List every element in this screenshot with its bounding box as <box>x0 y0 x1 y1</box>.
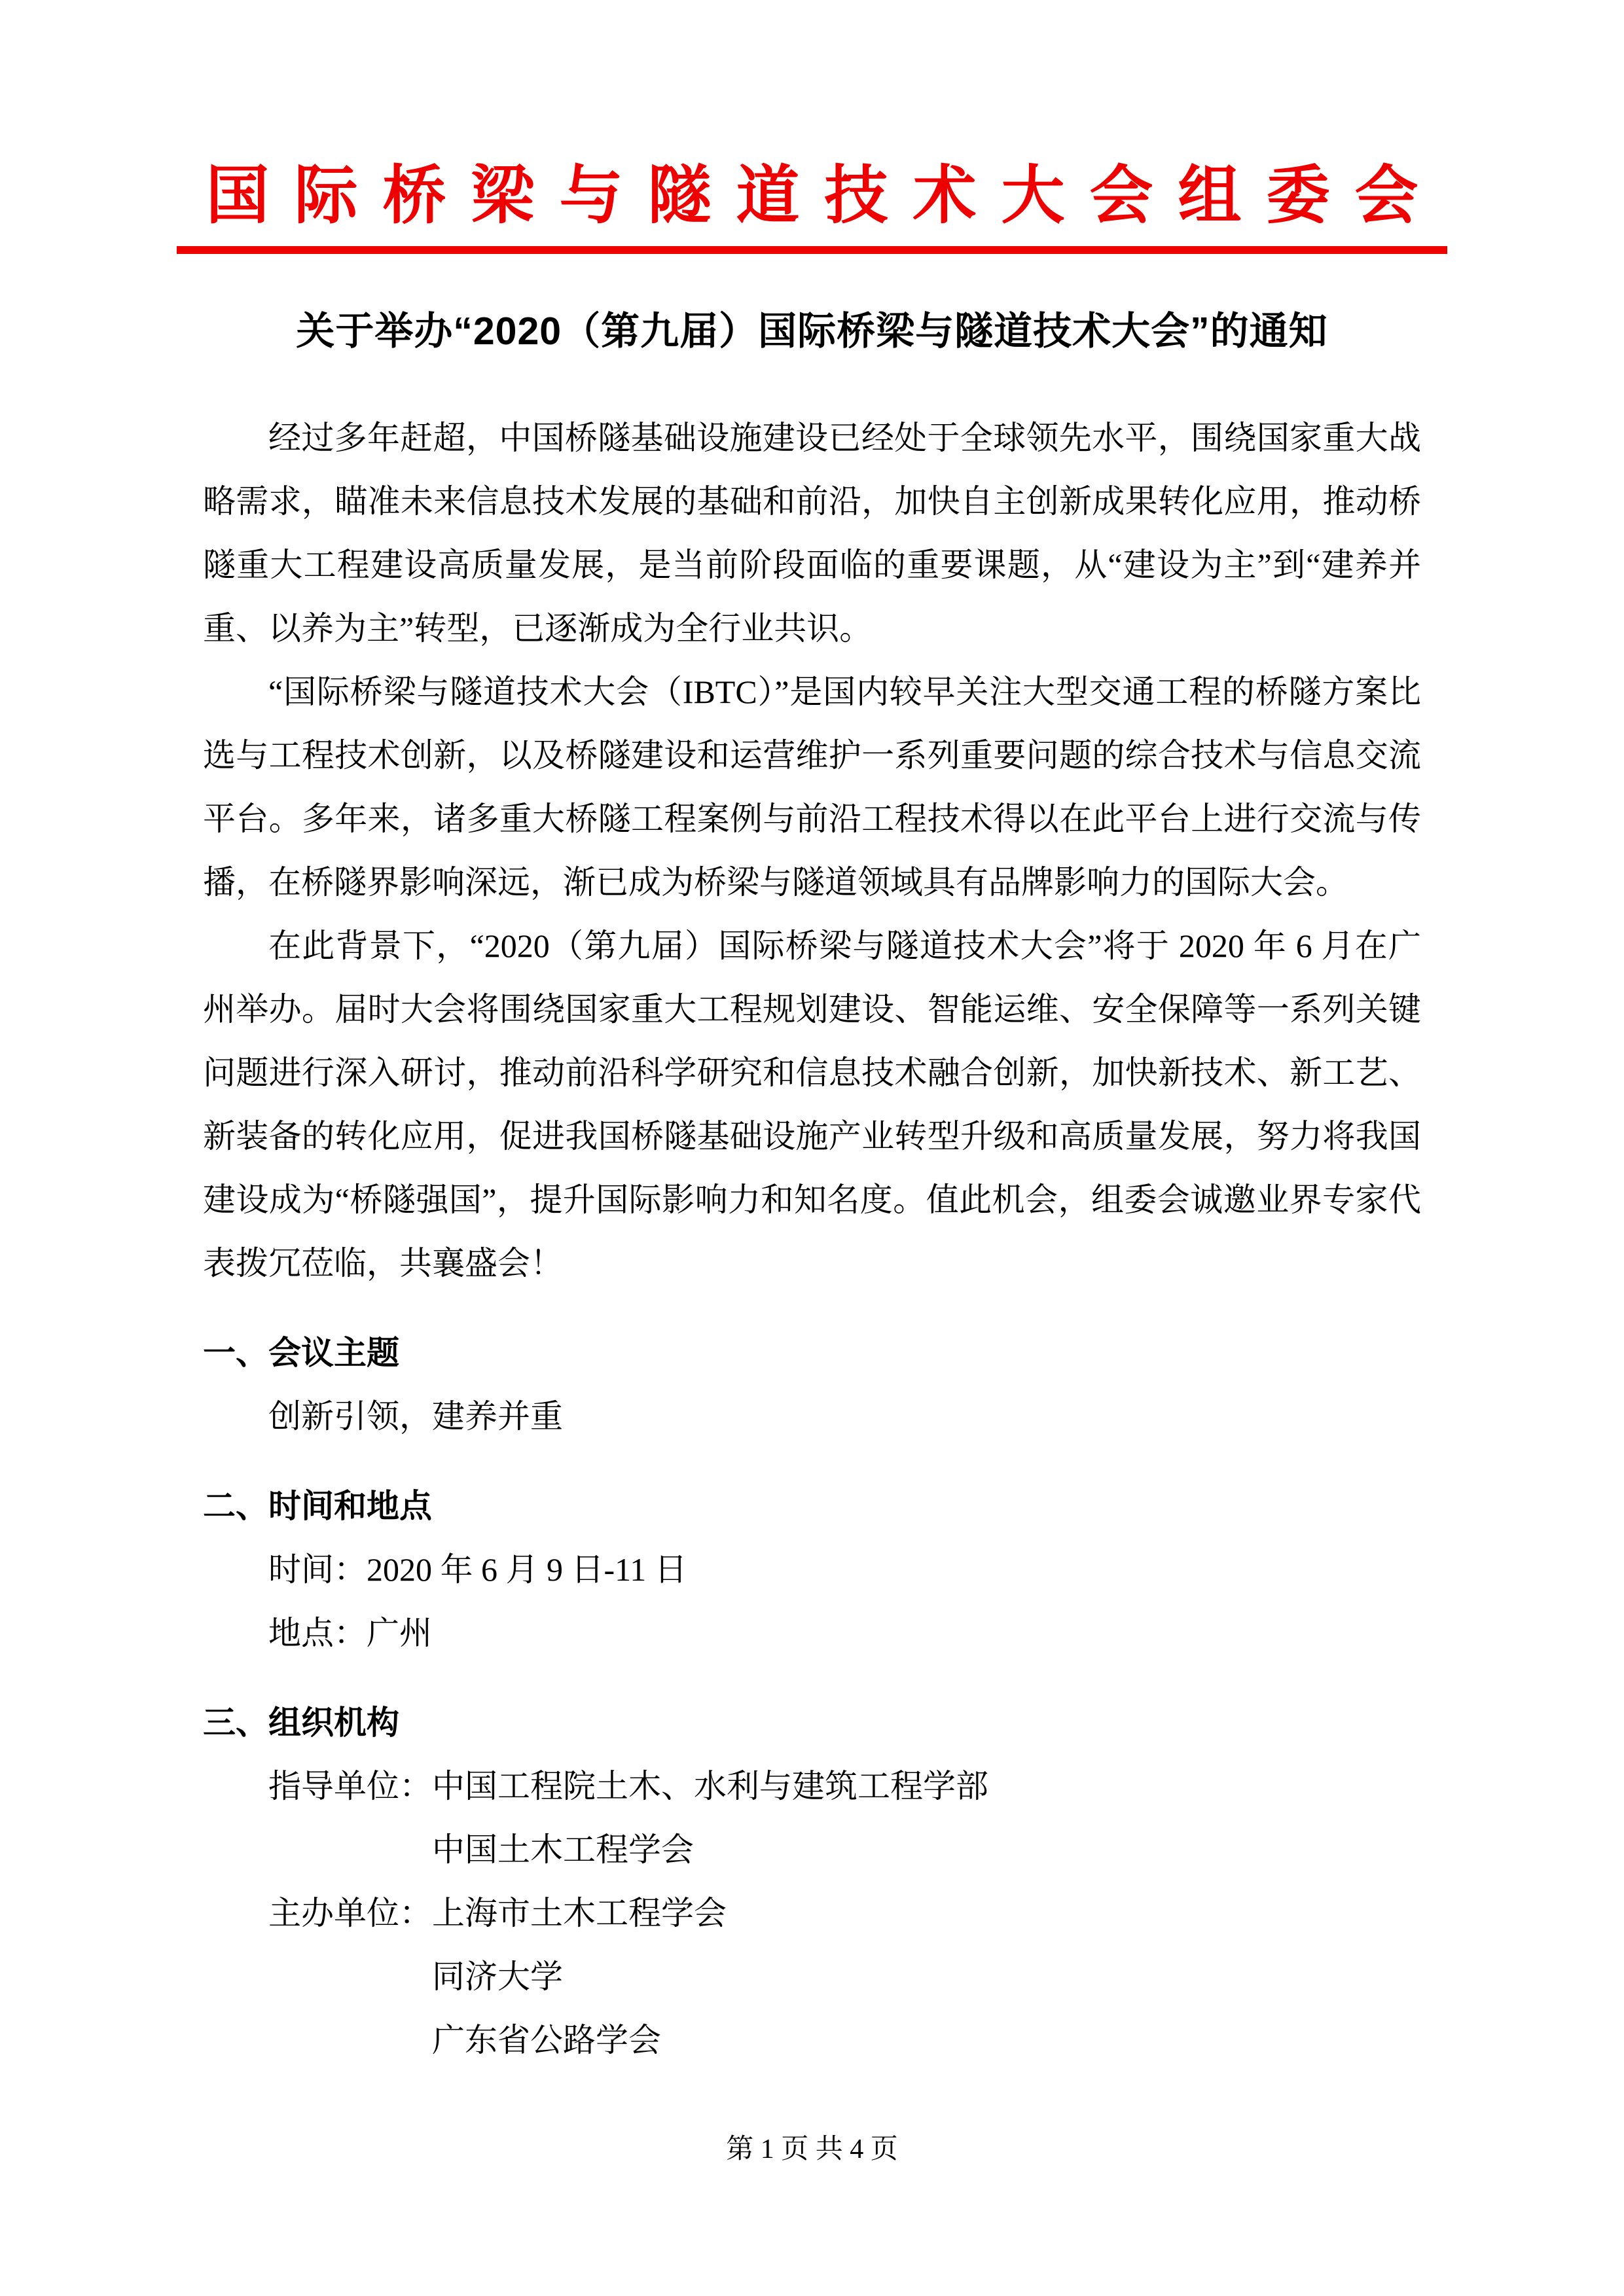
org-label: 主办单位： <box>268 1882 432 1945</box>
conference-time: 时间：2020 年 6 月 9 日-11 日 <box>203 1538 1421 1602</box>
document-body: 经过多年赶超，中国桥隧基础设施建设已经处于全球领先水平，围绕国家重大战略需求，瞄… <box>203 406 1421 2072</box>
org-value: 中国土木工程学会 <box>432 1818 1421 1882</box>
org-label: 指导单位： <box>268 1755 432 1818</box>
section-heading-organization: 三、组织机构 <box>203 1691 1421 1755</box>
paragraph-background-3: 在此背景下，“2020（第九届）国际桥梁与隧道技术大会”将于 2020 年 6 … <box>203 914 1421 1295</box>
section-heading-time-place: 二、时间和地点 <box>203 1475 1421 1538</box>
org-value: 上海市土木工程学会 <box>432 1882 1421 1945</box>
committee-header: 国际桥梁与隧道技术大会组委会 <box>164 162 1460 229</box>
org-label <box>268 1945 432 2009</box>
org-row-guiding-unit: 指导单位： 中国工程院土木、水利与建筑工程学部 <box>203 1755 1421 1818</box>
org-label <box>268 1818 432 1882</box>
org-row-guiding-unit-2: 中国土木工程学会 <box>203 1818 1421 1882</box>
org-row-host-unit: 主办单位： 上海市土木工程学会 <box>203 1882 1421 1945</box>
paragraph-background-1: 经过多年赶超，中国桥隧基础设施建设已经处于全球领先水平，围绕国家重大战略需求，瞄… <box>203 406 1421 660</box>
section-heading-theme: 一、会议主题 <box>203 1321 1421 1385</box>
document-page: 国际桥梁与隧道技术大会组委会 关于举办“2020（第九届）国际桥梁与隧道技术大会… <box>0 0 1624 2296</box>
paragraph-background-2: “国际桥梁与隧道技术大会（IBTC）”是国内较早关注大型交通工程的桥隧方案比选与… <box>203 660 1421 914</box>
org-value: 广东省公路学会 <box>432 2009 1421 2072</box>
document-title: 关于举办“2020（第九届）国际桥梁与隧道技术大会”的通知 <box>203 306 1421 357</box>
conference-theme: 创新引领，建养并重 <box>203 1385 1421 1448</box>
org-label <box>268 2009 432 2072</box>
header-divider-line <box>177 246 1447 254</box>
org-row-host-unit-3: 广东省公路学会 <box>203 2009 1421 2072</box>
page-number-footer: 第 1 页 共 4 页 <box>0 2136 1624 2163</box>
org-row-host-unit-2: 同济大学 <box>203 1945 1421 2009</box>
org-value: 中国工程院土木、水利与建筑工程学部 <box>432 1755 1421 1818</box>
org-value: 同济大学 <box>432 1945 1421 2009</box>
conference-location: 地点：广州 <box>203 1602 1421 1665</box>
